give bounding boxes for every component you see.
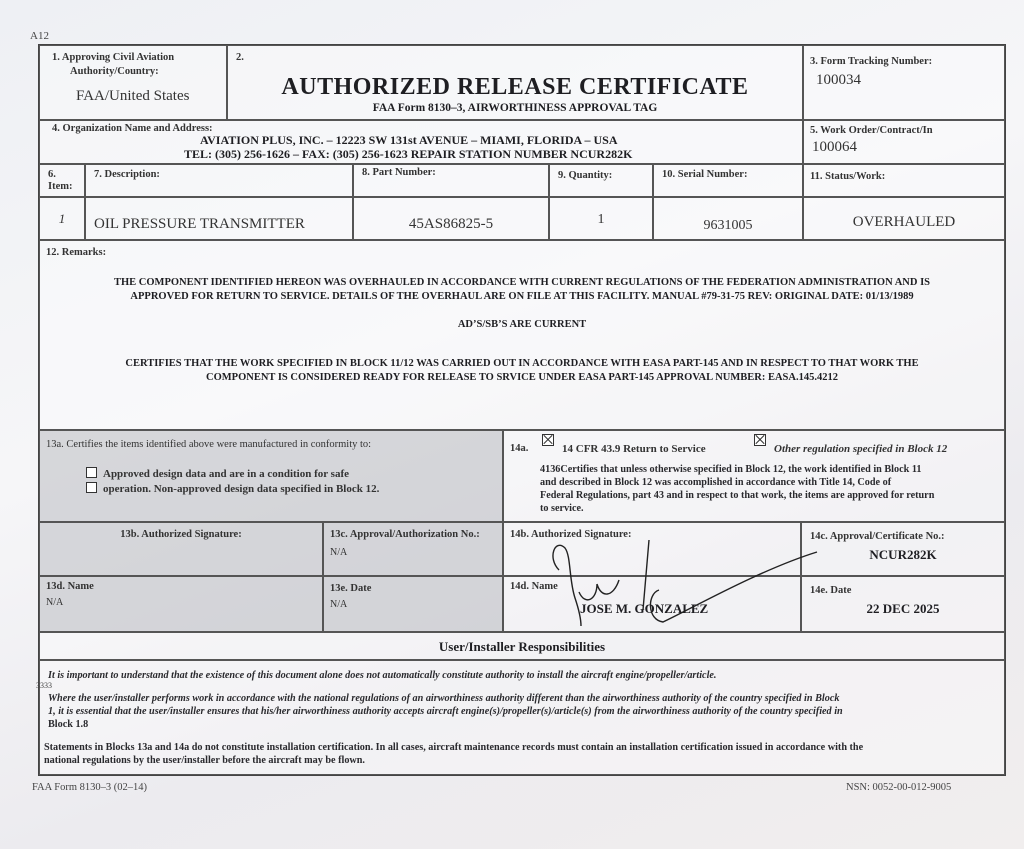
block-13b-label: 13b. Authorized Signature: <box>40 529 322 540</box>
remarks-paragraph-3b: COMPONENT IS CONSIDERED READY FOR RELEAS… <box>40 372 1004 383</box>
organization-name-address: AVIATION PLUS, INC. – 12223 SW 131st AVE… <box>200 133 618 148</box>
stray-mark: 3333 <box>36 681 52 690</box>
block-2: 2. AUTHORIZED RELEASE CERTIFICATE FAA Fo… <box>227 45 803 120</box>
quantity-header-cell: 9. Quantity: <box>549 164 653 197</box>
option-2-label: operation. Non-approved design data spec… <box>103 483 379 495</box>
block-5-label: 5. Work Order/Contract/In <box>810 125 933 136</box>
block-13b: 13b. Authorized Signature: <box>39 522 323 576</box>
work-order-number: 100064 <box>812 139 857 156</box>
responsibility-paragraph-1: It is important to understand that the e… <box>48 669 716 682</box>
part-number-header: 8. Part Number: <box>362 167 436 178</box>
organization-contact: TEL: (305) 256-1626 – FAX: (305) 256-162… <box>184 147 632 162</box>
responsibility-paragraph-2c: Block 1.8 <box>48 718 88 731</box>
responsibilities-title-row: User/Installer Responsibilities <box>39 632 1005 660</box>
signature-date: 22 DEC 2025 <box>802 601 1004 617</box>
item-header: 6. Item: <box>48 169 78 193</box>
block-2-label: 2. <box>236 52 244 63</box>
block-13c-label: 13c. Approval/Authorization No.: <box>330 529 480 540</box>
responsibilities-title: User/Installer Responsibilities <box>40 639 1004 655</box>
description-value: OIL PRESSURE TRANSMITTER <box>94 216 305 233</box>
item-header-cell: 6. Item: <box>39 164 85 197</box>
checked-box-icon[interactable] <box>542 434 554 446</box>
status-header: 11. Status/Work: <box>810 171 885 182</box>
item-number: 1 <box>40 211 84 227</box>
quantity-cell: 1 <box>549 197 653 240</box>
status-header-cell: 11. Status/Work: <box>803 164 1005 197</box>
other-regulation-option: Other regulation specified in Block 12 <box>774 443 947 455</box>
approval-certificate-number: NCUR282K <box>802 547 1004 563</box>
block-13e-label: 13e. Date <box>330 583 371 594</box>
part-number-header-cell: 8. Part Number: <box>353 164 549 197</box>
serial-number-cell: 9631005 <box>653 197 803 240</box>
remarks-paragraph-1: THE COMPONENT IDENTIFIED HEREON WAS OVER… <box>40 277 1004 288</box>
block-1: 1. Approving Civil Aviation Authority/Co… <box>39 45 227 120</box>
checkbox-icon[interactable] <box>86 482 97 493</box>
responsibility-paragraph-3: Statements in Blocks 13a and 14a do not … <box>44 741 863 754</box>
serial-number-value: 9631005 <box>654 218 802 234</box>
checked-box-icon[interactable] <box>754 434 766 446</box>
block-13e-value: N/A <box>330 599 347 610</box>
block-1-label: 1. Approving Civil Aviation <box>52 52 174 63</box>
block-4: 4. Organization Name and Address: AVIATI… <box>39 120 803 164</box>
status-cell: OVERHAULED <box>803 197 1005 240</box>
responsibility-paragraph-3b: national regulations by the user/install… <box>44 754 365 767</box>
return-to-service-option: 14 CFR 43.9 Return to Service <box>562 443 706 455</box>
block-3: 3. Form Tracking Number: 100034 <box>803 45 1005 120</box>
block-13a-label: 13a. Certifies the items identified abov… <box>46 439 371 450</box>
block-12-remarks: 12. Remarks: THE COMPONENT IDENTIFIED HE… <box>39 240 1005 430</box>
block-4-label: 4. Organization Name and Address: <box>52 123 213 134</box>
option-1-label: Approved design data and are in a condit… <box>103 468 349 480</box>
document-subtitle: FAA Form 8130–3, AIRWORTHINESS APPROVAL … <box>228 102 802 114</box>
remarks-paragraph-3: CERTIFIES THAT THE WORK SPECIFIED IN BLO… <box>40 358 1004 369</box>
document-title: AUTHORIZED RELEASE CERTIFICATE <box>228 74 802 101</box>
serial-number-header-cell: 10. Serial Number: <box>653 164 803 197</box>
description-header-cell: 7. Description: <box>85 164 353 197</box>
remarks-ads-sbs: AD’S/SB’S ARE CURRENT <box>40 319 1004 330</box>
design-data-option-2[interactable]: operation. Non-approved design data spec… <box>86 482 379 495</box>
block-14a-text-2: and described in Block 12 was accomplish… <box>540 476 891 489</box>
form-tracking-number: 100034 <box>816 72 861 89</box>
block-14c-label: 14c. Approval/Certificate No.: <box>810 531 945 542</box>
quantity-value: 1 <box>550 212 652 228</box>
quantity-header: 9. Quantity: <box>558 170 612 181</box>
block-5: 5. Work Order/Contract/In 100064 <box>803 120 1005 164</box>
block-13c-value: N/A <box>330 547 347 558</box>
table-row: 1 <box>39 197 85 240</box>
block-13c: 13c. Approval/Authorization No.: N/A <box>323 522 503 576</box>
handwritten-signature <box>539 500 819 630</box>
certificate-form: 1. Approving Civil Aviation Authority/Co… <box>38 44 1006 776</box>
part-number-cell: 45AS86825-5 <box>353 197 549 240</box>
block-13d: 13d. Name N/A <box>39 576 323 632</box>
block-14c: 14c. Approval/Certificate No.: NCUR282K <box>801 522 1005 576</box>
checkbox-icon[interactable] <box>86 467 97 478</box>
description-cell: OIL PRESSURE TRANSMITTER <box>85 197 353 240</box>
block-14a-text-1: 4136Certifies that unless otherwise spec… <box>540 463 921 476</box>
block-13e: 13e. Date N/A <box>323 576 503 632</box>
block-13a: 13a. Certifies the items identified abov… <box>39 430 503 522</box>
page-reference: A12 <box>30 30 49 42</box>
block-3-label: 3. Form Tracking Number: <box>810 56 932 67</box>
nsn-number: NSN: 0052-00-012-9005 <box>846 782 951 793</box>
approving-authority-value: FAA/United States <box>76 88 189 105</box>
form-identifier: FAA Form 8130–3 (02–14) <box>32 782 147 793</box>
responsibility-paragraph-2b: 1, it is essential that the user/install… <box>48 705 843 718</box>
responsibility-paragraph-2: Where the user/installer performs work i… <box>48 692 839 705</box>
block-13d-label: 13d. Name <box>46 581 94 592</box>
remarks-label: 12. Remarks: <box>46 247 106 258</box>
block-13d-value: N/A <box>46 597 63 608</box>
status-value: OVERHAULED <box>804 214 1004 231</box>
block-1-label-2: Authority/Country: <box>70 66 159 77</box>
part-number-value: 45AS86825-5 <box>354 216 548 233</box>
serial-number-header: 10. Serial Number: <box>662 169 747 180</box>
block-14e: 14e. Date 22 DEC 2025 <box>801 576 1005 632</box>
responsibilities-body: It is important to understand that the e… <box>39 660 1005 775</box>
design-data-option-1[interactable]: Approved design data and are in a condit… <box>86 467 379 480</box>
remarks-paragraph-1b: APPROVED FOR RETURN TO SERVICE. DETAILS … <box>40 291 1004 302</box>
description-header: 7. Description: <box>94 169 160 180</box>
block-14a-label: 14a. <box>510 443 528 454</box>
